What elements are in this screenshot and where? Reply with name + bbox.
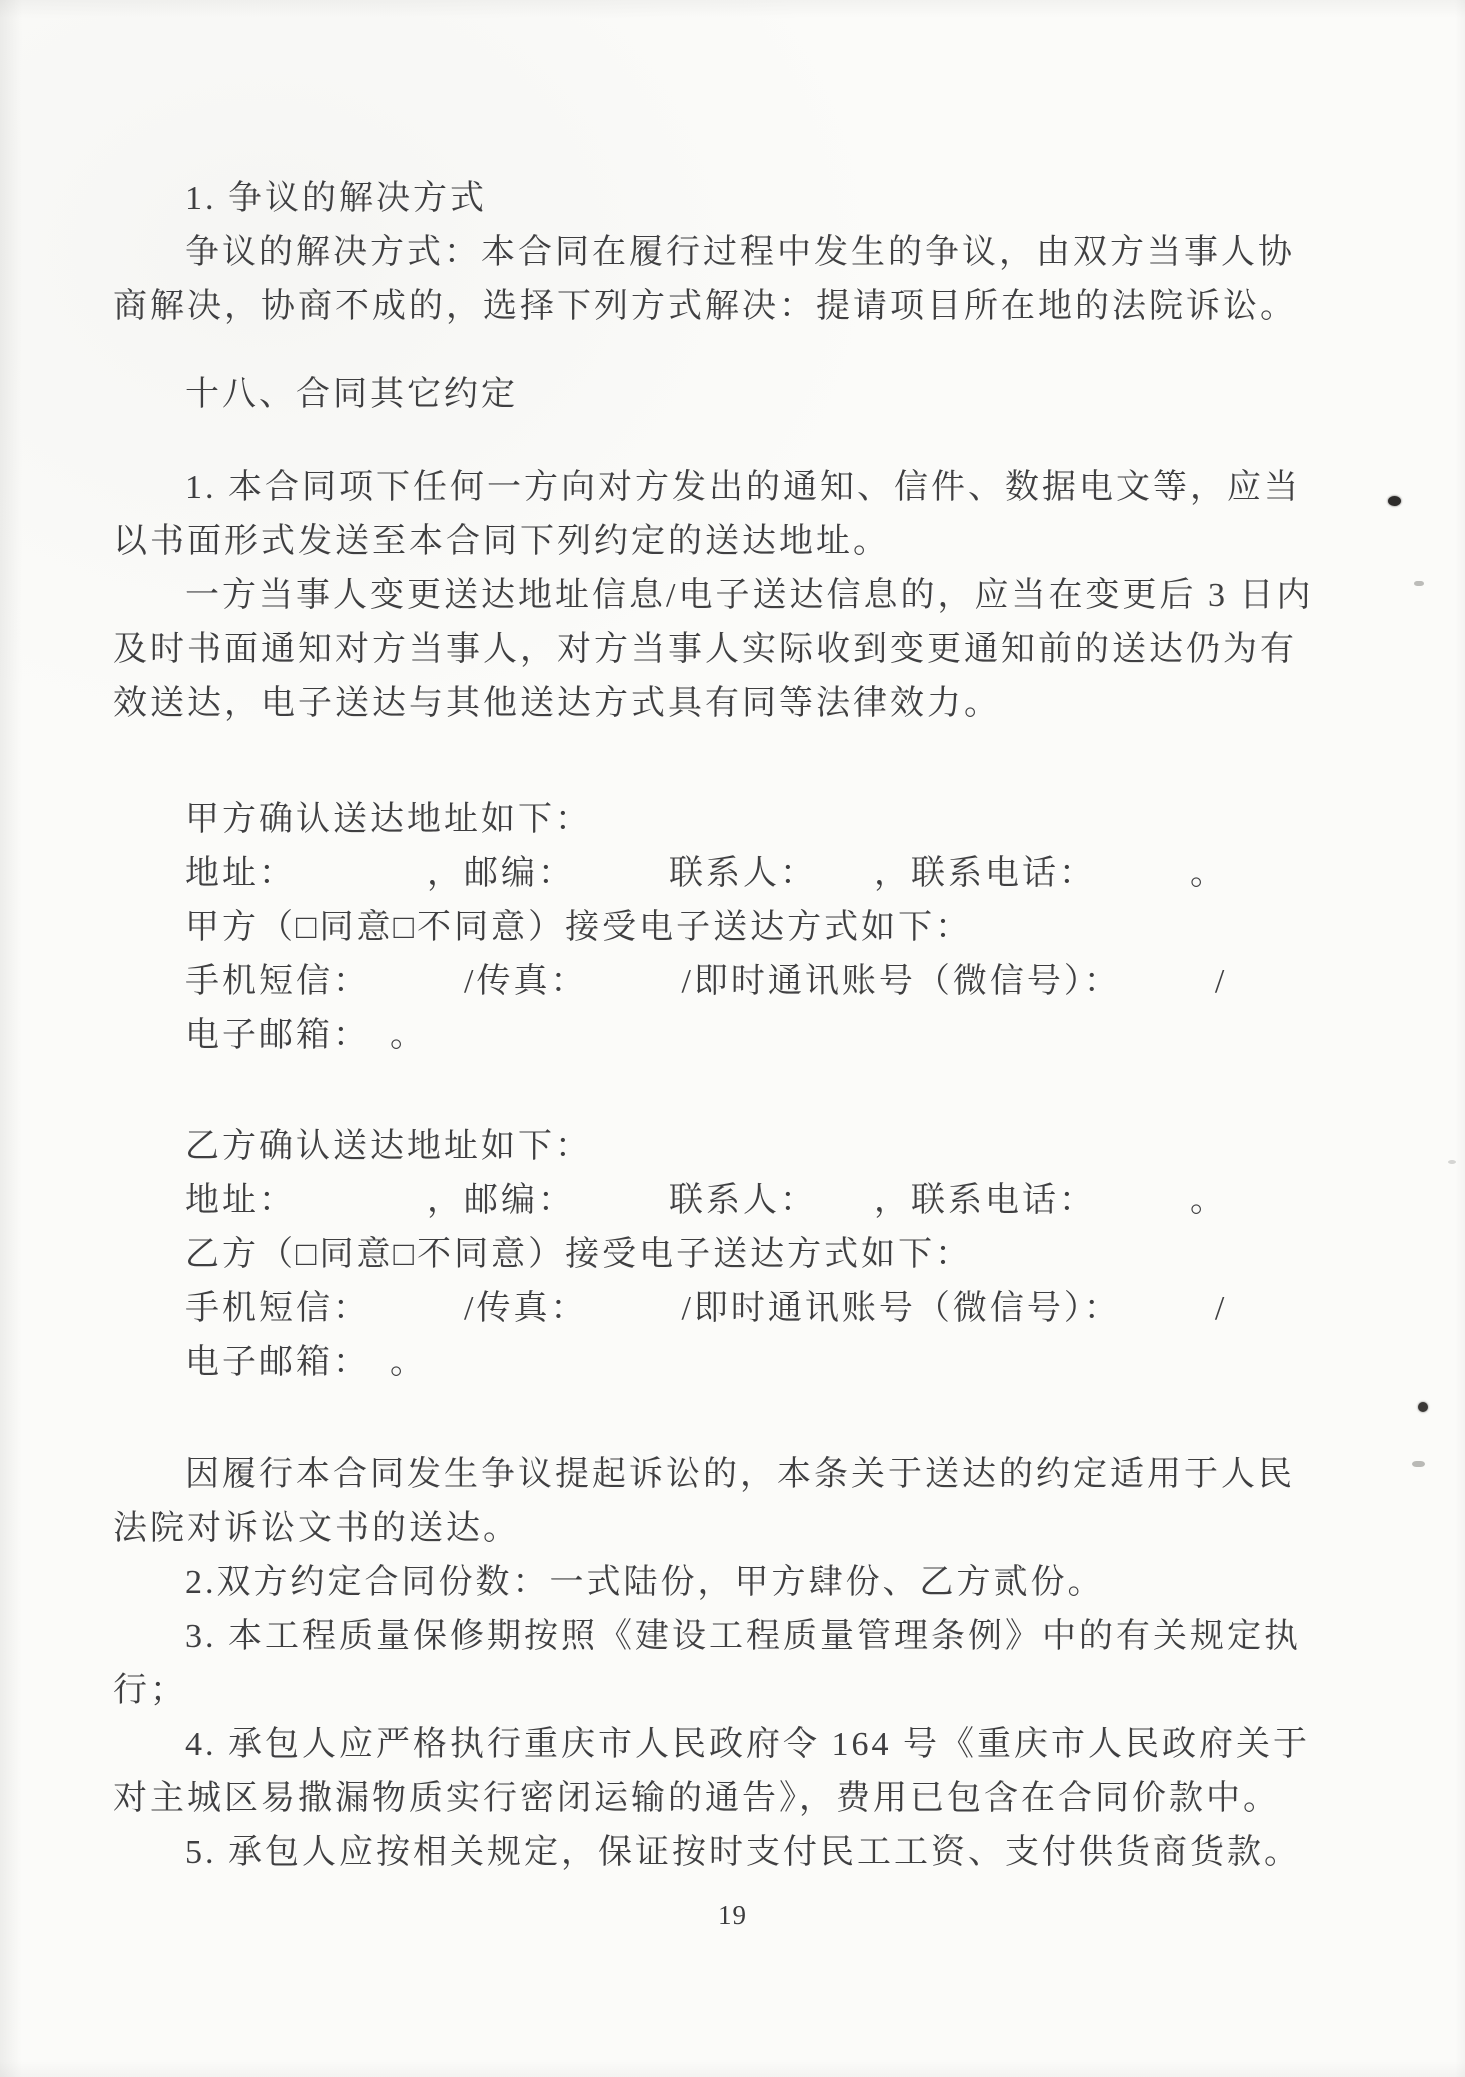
- contract-line: 乙方（□同意□不同意）接受电子送达方式如下：: [113, 1228, 1363, 1282]
- scan-artifact-dot: [1418, 1402, 1428, 1412]
- scan-artifact-smudge: [1448, 1160, 1456, 1164]
- contract-line: 地址： ，邮编： 联系人： ，联系电话： 。: [113, 1174, 1363, 1228]
- contract-line: 十八、合同其它约定: [113, 368, 1363, 422]
- contract-line: 以书面形式发送至本合同下列约定的送达地址。: [113, 515, 1363, 569]
- contract-line: 1. 争议的解决方式: [113, 172, 1363, 226]
- contract-line: 效送达，电子送达与其他送达方式具有同等法律效力。: [113, 677, 1363, 731]
- contract-line: 行；: [113, 1664, 1363, 1718]
- contract-line: 对主城区易撒漏物质实行密闭运输的通告》，费用已包含在合同价款中。: [113, 1772, 1363, 1826]
- contract-line: 2.双方约定合同份数：一式陆份，甲方肆份、乙方贰份。: [113, 1556, 1363, 1610]
- contract-line: 因履行本合同发生争议提起诉讼的，本条关于送达的约定适用于人民: [113, 1448, 1363, 1502]
- contract-line: 甲方确认送达地址如下：: [113, 793, 1363, 847]
- contract-line: 电子邮箱： 。: [113, 1009, 1363, 1063]
- scan-artifact-smudge: [1412, 1461, 1425, 1467]
- contract-line: 争议的解决方式：本合同在履行过程中发生的争议，由双方当事人协: [113, 226, 1363, 280]
- contract-line: 地址： ，邮编： 联系人： ，联系电话： 。: [113, 847, 1363, 901]
- contract-line: 法院对诉讼文书的送达。: [113, 1502, 1363, 1556]
- scanned-contract-page: 1. 争议的解决方式争议的解决方式：本合同在履行过程中发生的争议，由双方当事人协…: [0, 0, 1465, 2077]
- contract-line: 3. 本工程质量保修期按照《建设工程质量管理条例》中的有关规定执: [113, 1610, 1363, 1664]
- scan-artifact-dot: [1388, 496, 1401, 506]
- contract-line: 5. 承包人应按相关规定，保证按时支付民工工资、支付供货商货款。: [113, 1826, 1363, 1880]
- contract-line: 一方当事人变更送达地址信息/电子送达信息的，应当在变更后 3 日内: [113, 569, 1363, 623]
- contract-line: 乙方确认送达地址如下：: [113, 1120, 1363, 1174]
- scan-artifact-smudge: [1414, 581, 1424, 586]
- contract-line: 手机短信： /传真： /即时通讯账号（微信号）： /: [113, 955, 1363, 1009]
- page-number: 19: [0, 1900, 1465, 1931]
- contract-text-block: 1. 争议的解决方式争议的解决方式：本合同在履行过程中发生的争议，由双方当事人协…: [113, 172, 1363, 1880]
- contract-line: 商解决，协商不成的，选择下列方式解决：提请项目所在地的法院诉讼。: [113, 280, 1363, 334]
- contract-line: 1. 本合同项下任何一方向对方发出的通知、信件、数据电文等，应当: [113, 461, 1363, 515]
- contract-line: 4. 承包人应严格执行重庆市人民政府令 164 号《重庆市人民政府关于: [113, 1718, 1363, 1772]
- contract-line: 电子邮箱： 。: [113, 1336, 1363, 1390]
- contract-line: 手机短信： /传真： /即时通讯账号（微信号）： /: [113, 1282, 1363, 1336]
- contract-line: 甲方（□同意□不同意）接受电子送达方式如下：: [113, 901, 1363, 955]
- contract-line: 及时书面通知对方当事人，对方当事人实际收到变更通知前的送达仍为有: [113, 623, 1363, 677]
